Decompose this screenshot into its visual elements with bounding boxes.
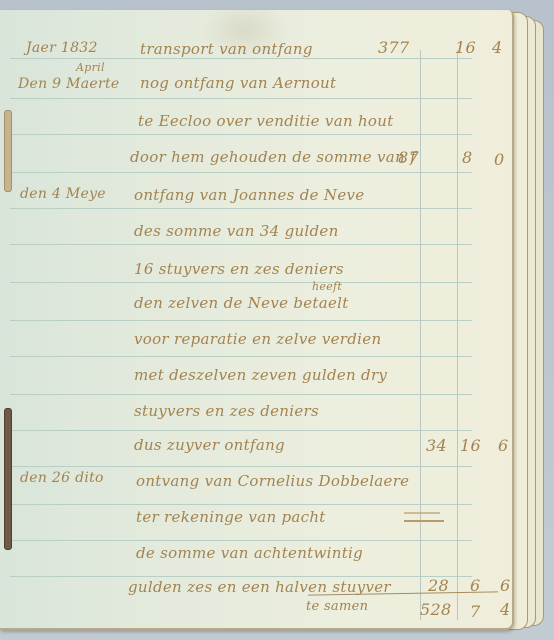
amount-guldens: 34 xyxy=(426,436,447,455)
entry-line: nog ontfang van Aernout xyxy=(140,74,336,92)
ink-dash xyxy=(404,512,440,514)
entry-line: stuyvers en zes deniers xyxy=(134,402,319,420)
entry-line: met deszelven zeven gulden dry xyxy=(134,366,387,384)
entry-line: ter rekeninge van pacht xyxy=(136,508,326,526)
total-label: te samen xyxy=(306,599,368,614)
ruled-line xyxy=(10,58,472,59)
entry-line: den zelven de Neve betaelt xyxy=(134,294,349,312)
binding-stitch xyxy=(4,110,12,192)
ruled-line xyxy=(10,576,472,577)
insertion-mark: heeft xyxy=(312,280,342,293)
entry-line: door hem gehouden de somme van f xyxy=(130,148,416,166)
ruled-line xyxy=(10,466,472,467)
ruled-line xyxy=(10,504,472,505)
ruled-line xyxy=(10,134,472,135)
ruled-line xyxy=(10,172,472,173)
ink-dash xyxy=(404,520,444,522)
entry-line: dus zuyver ontfang xyxy=(134,436,285,454)
entry-line: voor reparatie en zelve verdien xyxy=(134,330,381,348)
amount-deniers: 6 xyxy=(500,576,510,595)
total-stuivers: 7 xyxy=(470,602,480,621)
entry-line: ontvang van Cornelius Dobbelaere xyxy=(136,472,409,490)
entry-line: te Eecloo over venditie van hout xyxy=(138,112,394,130)
ruled-line xyxy=(10,540,472,541)
amount-guldens: 377 xyxy=(378,38,409,57)
amount-deniers: 6 xyxy=(498,436,508,455)
ruled-line xyxy=(10,320,472,321)
amount-stuivers: 16 xyxy=(460,436,481,455)
entry-date: Jaer 1832 xyxy=(26,40,98,56)
total-deniers: 4 xyxy=(500,600,510,619)
ruled-line xyxy=(10,430,472,431)
entry-line: ontfang van Joannes de Neve xyxy=(134,186,364,204)
ruled-line xyxy=(10,244,472,245)
date-correction: April xyxy=(76,61,105,74)
ruled-line xyxy=(10,98,472,99)
total-guldens: 528 xyxy=(420,600,451,619)
ruled-line xyxy=(10,356,472,357)
amount-stuivers: 8 xyxy=(462,148,472,167)
amount-deniers: 4 xyxy=(492,38,502,57)
amount-stuivers: 16 xyxy=(455,38,476,57)
binding-stitch xyxy=(4,408,12,550)
ruled-line xyxy=(10,208,472,209)
ruled-line xyxy=(10,394,472,395)
column-line xyxy=(420,50,421,620)
entry-line: des somme van 34 gulden xyxy=(134,222,339,240)
ledger-page: Jaer 1832 transport van ontfang 377 16 4… xyxy=(0,10,514,630)
entry-line: transport van ontfang xyxy=(140,40,313,58)
entry-line: 16 stuyvers en zes deniers xyxy=(134,260,344,278)
ruled-line xyxy=(10,282,472,283)
entry-date: den 26 dito xyxy=(20,470,104,486)
entry-date: den 4 Meye xyxy=(20,186,106,202)
entry-line: de somme van achtentwintig xyxy=(136,544,363,562)
amount-guldens: 87 xyxy=(398,148,419,167)
amount-deniers: 0 xyxy=(494,150,504,169)
entry-date: Den 9 Maerte xyxy=(18,76,120,92)
column-line xyxy=(457,50,458,620)
